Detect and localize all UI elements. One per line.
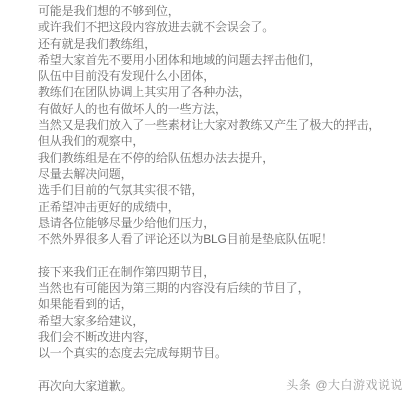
paragraph-apology-explanation: 可能是我们想的不够到位，或许我们不把这段内容放进去就不会误会了。还有就是我们教练…: [38, 3, 402, 247]
post-text-body: 可能是我们想的不够到位，或许我们不把这段内容放进去就不会误会了。还有就是我们教练…: [38, 3, 402, 394]
watermark-brand: 头条: [286, 378, 311, 392]
text-line: 当然又是我们放入了一些素材让大家对教练又产生了极大的抨击，: [38, 117, 402, 133]
text-line: 希望大家首先不要用小团体和地域的问题去抨击他们，: [38, 52, 402, 68]
text-line: 队伍中目前没有发现什么小团体，: [38, 68, 402, 84]
text-line: 希望大家多给建议，: [38, 313, 402, 329]
text-line: 可能是我们想的不够到位，: [38, 3, 402, 19]
text-line: 尽量去解决问题，: [38, 166, 402, 182]
text-line: 有做好人的也有做坏人的一些方法，: [38, 101, 402, 117]
text-line: 我们教练组是在不停的给队伍想办法去提升，: [38, 150, 402, 166]
text-line: 恳请各位能够尽量少给他们压力，: [38, 215, 402, 231]
watermark-handle: @大白游戏说说: [315, 378, 403, 392]
text-line: 但从我们的观察中，: [38, 133, 402, 149]
paragraph-next-episode: 接下来我们正在制作第四期节目，当然也有可能因为第三期的内容没有后续的节目了，如果…: [38, 264, 402, 362]
text-line: 选手们目前的气氛其实很不错，: [38, 182, 402, 198]
text-line: 还有就是我们教练组，: [38, 36, 402, 52]
text-line: 当然也有可能因为第三期的内容没有后续的节目了，: [38, 280, 402, 296]
text-line: 或许我们不把这段内容放进去就不会误会了。: [38, 19, 402, 35]
text-line: 我们会不断改进内容，: [38, 329, 402, 345]
text-line: 如果能看到的话，: [38, 296, 402, 312]
watermark: 头条@大白游戏说说: [286, 376, 403, 393]
text-line: 不然外界很多人看了评论还以为BLG目前是垫底队伍呢！: [38, 231, 402, 247]
text-line: 以一个真实的态度去完成每期节目。: [38, 345, 402, 361]
text-line: 接下来我们正在制作第四期节目，: [38, 264, 402, 280]
text-line: 教练们在团队协调上其实用了各种办法，: [38, 84, 402, 100]
text-line: 正希望冲击更好的成绩中，: [38, 199, 402, 215]
